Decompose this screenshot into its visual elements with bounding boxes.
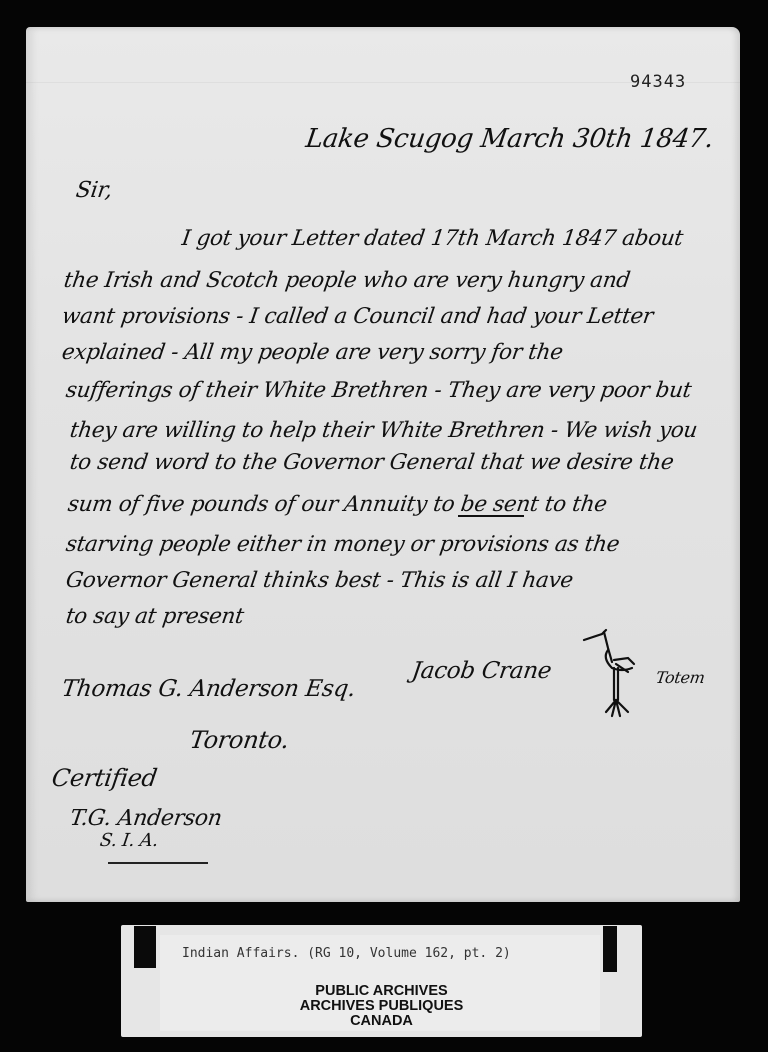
addressee-place: Toronto. [188,726,291,754]
addressee-name: Thomas G. Anderson Esq. [60,676,357,702]
totem-label: Totem [655,668,706,687]
signature-name: Jacob Crane [410,658,553,684]
body-line: explained - All my people are very sorry… [60,340,564,365]
certification-label: Certified [50,764,159,792]
archive-reference: Indian Affairs. (RG 10, Volume 162, pt. … [182,946,511,961]
crane-bird-totem-icon [582,628,642,718]
archive-country: CANADA [121,1014,642,1029]
salutation: Sir, [74,178,114,203]
body-line: the Irish and Scotch people who are very… [62,268,631,293]
body-line: starving people either in money or provi… [64,532,621,557]
label-clip-left [134,926,156,968]
body-line: sufferings of their White Brethren - The… [64,378,693,403]
body-line: want provisions - I called a Council and… [60,304,654,329]
archive-name-fr: ARCHIVES PUBLIQUES [121,999,642,1014]
strikethrough-mark [458,515,524,517]
certifier-name: T.G. Anderson [68,806,223,831]
body-line: to send word to the Governor General tha… [68,450,675,475]
certification-underline [108,862,208,864]
body-line: sum of five pounds of our Annuity to be … [66,492,608,517]
body-line: Governor General thinks best - This is a… [64,568,574,593]
archive-stamp-number: 94343 [630,72,686,92]
dateline: Lake Scugog March 30th 1847. [304,124,715,154]
label-clip-right [603,926,617,972]
archive-name-en: PUBLIC ARCHIVES [121,984,642,999]
body-line: they are willing to help their White Bre… [68,418,699,443]
certifier-title: S. I. A. [99,830,160,851]
body-line: to say at present [64,604,245,629]
body-line: I got your Letter dated 17th March 1847 … [180,226,684,251]
